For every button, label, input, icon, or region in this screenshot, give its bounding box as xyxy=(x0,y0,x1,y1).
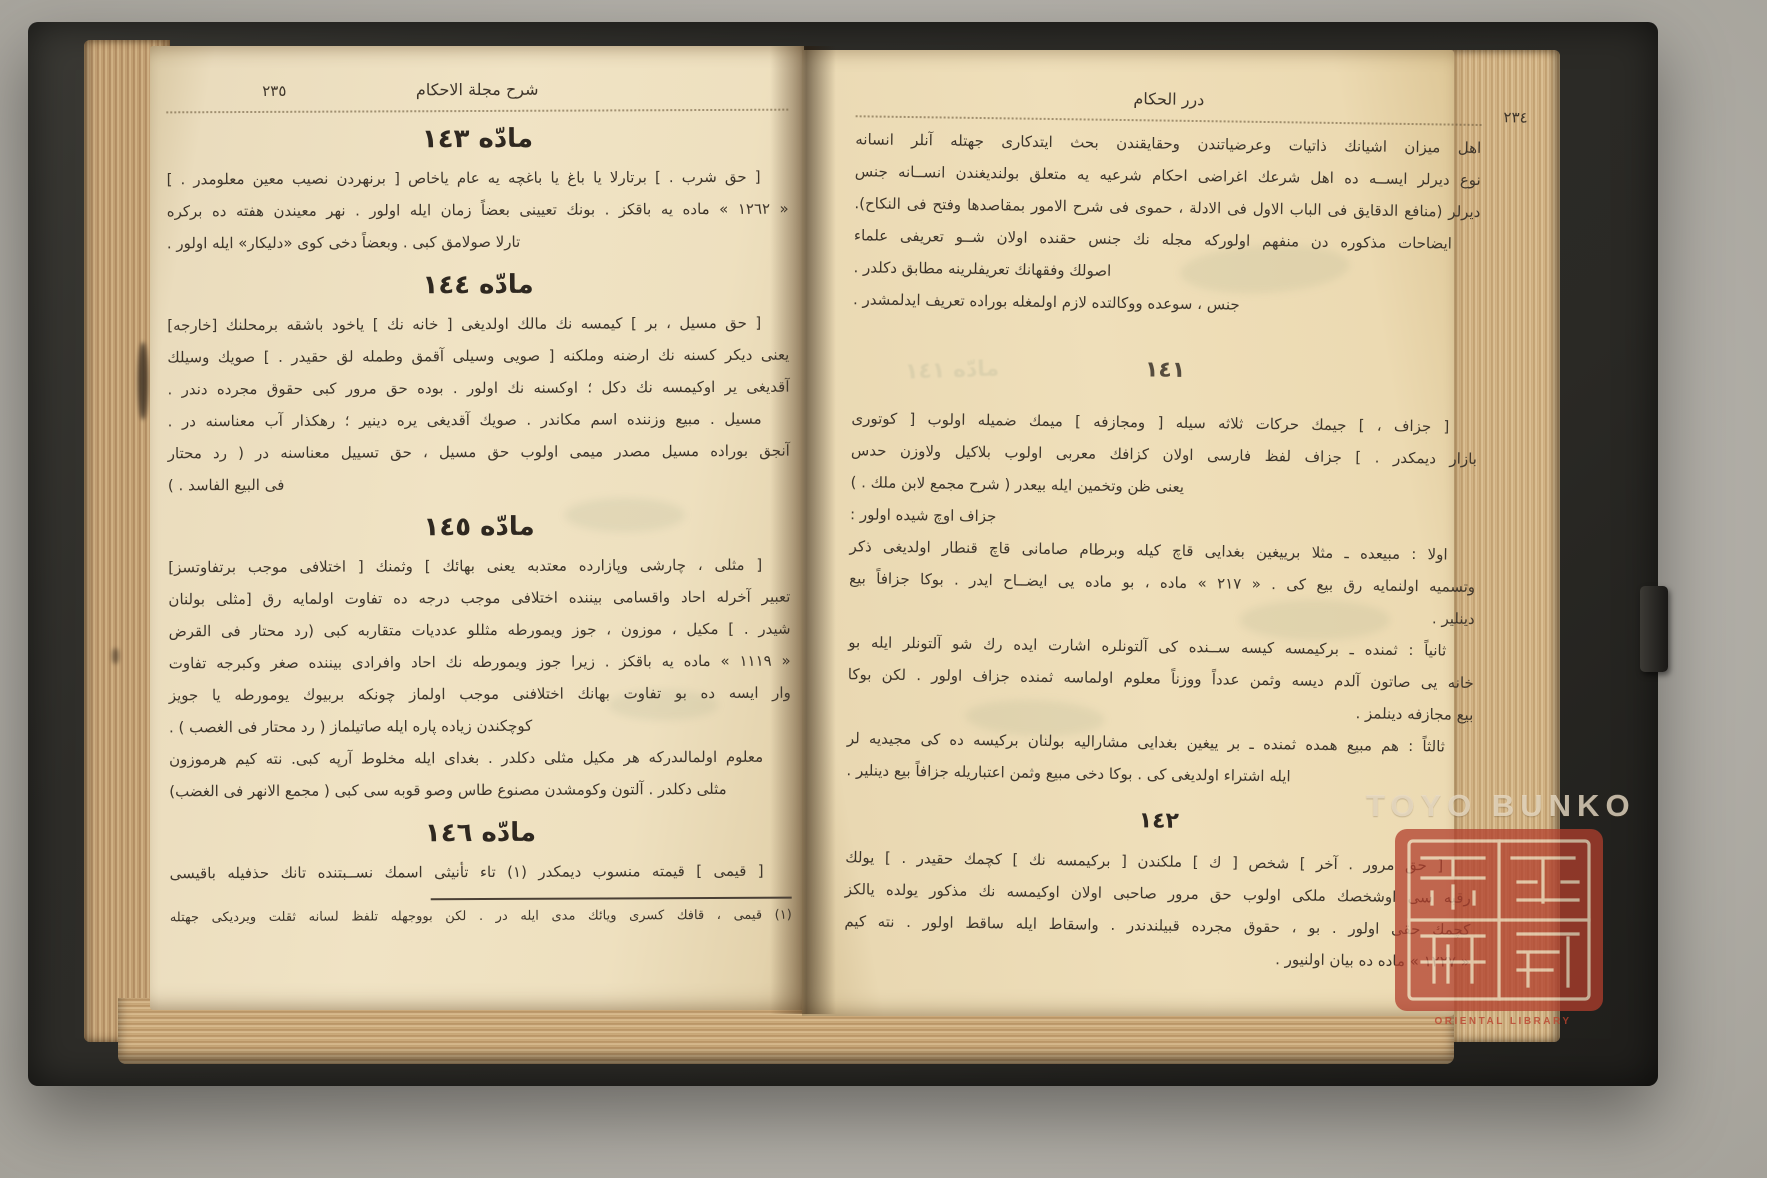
text-line: تعبير آخرله احاد واقسامى بيننده اختلافى … xyxy=(168,581,790,616)
text-line: [ قيمى ] قيمته منسوب ديمكدر (١) تاء تأني… xyxy=(170,855,792,890)
text-line: معلوم اولمالىدركه هر مكيل مثلى دكلدر . ب… xyxy=(169,741,791,776)
text-line: وار ايسه ده بو تفاوت بهانك اختلافنى موجب… xyxy=(169,677,791,712)
toyo-bunko-red-seal xyxy=(1392,826,1606,1014)
right-page-number: ٢٣٤ xyxy=(1503,108,1527,126)
right-page-text-column: درر الحكام ٢٣٤ اهل ميزان اشيانك ذاتيات و… xyxy=(844,85,1482,978)
text-line: [ مثلى ، چارشى وپازارده معتدبه يعنى بهائ… xyxy=(168,549,790,584)
article-141-heading: ١٤١ xyxy=(852,353,1478,387)
left-page-header: ٢٣٥ شرح مجلة الاحكام xyxy=(166,79,788,110)
text-line: « ١٢٦٢ » ماده يه باقكز . بونك تعيينى بعض… xyxy=(167,193,789,228)
text-line: كوچكندن زياده پاره ايله صاتيلماز ( رد مح… xyxy=(169,709,791,744)
footnote-rule xyxy=(431,897,792,901)
left-page-text-column: ٢٣٥ شرح مجلة الاحكام مادّه ١٤٣ [ حق شرب … xyxy=(166,79,792,931)
text-line: شيدر . ] مكيل ، موزون ، جوز ويمورطه مثلل… xyxy=(168,613,790,648)
fore-edge-ink-smudge xyxy=(138,342,148,420)
seal-caption: ORIENTAL LIBRARY xyxy=(1398,1016,1608,1027)
fore-edge-ink-smudge xyxy=(112,648,119,664)
left-page-title: شرح مجلة الاحكام xyxy=(416,80,539,100)
book-clasp xyxy=(1640,586,1668,672)
article-145-heading: مادّه ١٤٥ xyxy=(168,511,790,544)
text-line: [ حق مسيل ، بر ] كيمسه نك مالك اولديغى [… xyxy=(167,307,789,342)
text-line: آقديغى ير اوكيمسه نك دكل ؛ اوكسنه نك اول… xyxy=(167,371,789,406)
article-146-heading: مادّه ١٤٦ xyxy=(169,817,791,850)
text-line: [ حق شرب . ] برتارلا يا باغ يا باغچه يه … xyxy=(167,161,789,196)
article-144-heading: مادّه ١٤٤ xyxy=(167,269,789,302)
text-line: « ١١١٩ » ماده يه باقكز . زيرا جوز ويمورط… xyxy=(169,645,791,680)
text-line: مسيل . مبيع وزننده اسم مكاندر . صويك آقد… xyxy=(168,403,790,438)
toyo-bunko-watermark: TOYO BUNKO xyxy=(1366,788,1636,824)
text-line: فى البيع الفاسد . ) xyxy=(168,467,790,502)
photo-background: مادّه ١٤١ ٢٣٥ شرح مجلة الاحكام مادّه ١٤٣… xyxy=(0,0,1767,1178)
text-line: آنجق بوراده مسيل مصدر ميمى اولوب حق مسيل… xyxy=(168,435,790,470)
article-143-heading: مادّه ١٤٣ xyxy=(166,123,788,156)
footnote-line: (١) قيمى ، قافك كسرى ويائك مدى ايله در .… xyxy=(170,904,792,931)
text-line: تارلا صولامق كبى . وبعضاً دخى كوى «دليكا… xyxy=(167,225,789,260)
left-page-number: ٢٣٥ xyxy=(262,82,286,100)
text-line: يعنى ديكر كسنه نك ارضنه وملكنه [ صويى وس… xyxy=(167,339,789,374)
right-page-title: درر الحكام xyxy=(1133,89,1204,109)
text-line: مثلى دكلدر . آلتون وكومشدن مصنوع طاس وصو… xyxy=(169,773,791,808)
